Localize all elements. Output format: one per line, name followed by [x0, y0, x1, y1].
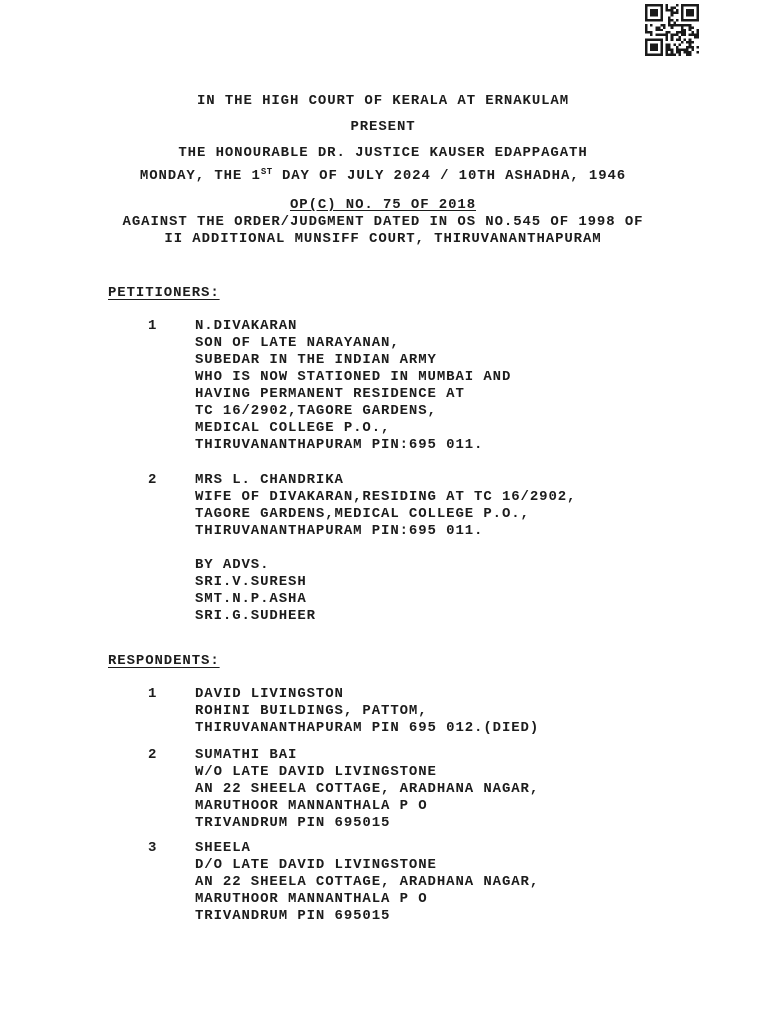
party-line: MARUTHOOR MANNANTHALA P O: [195, 891, 539, 908]
party-line: TRIVANDRUM PIN 695015: [195, 908, 539, 925]
date-ordinal-superscript: ST: [261, 167, 273, 177]
hearing-date-line: MONDAY, THE 1ST DAY OF JULY 2024 / 10TH …: [108, 168, 658, 186]
party-line: TRIVANDRUM PIN 695015: [195, 815, 539, 832]
party-line: N.DIVAKARAN: [195, 318, 511, 335]
advocates-line: SRI.V.SURESH: [195, 574, 658, 591]
against-line-1: AGAINST THE ORDER/JUDGMENT DATED IN OS N…: [108, 214, 658, 231]
document-content: IN THE HIGH COURT OF KERALA AT ERNAKULAM…: [0, 0, 768, 925]
advocates-block: BY ADVS. SRI.V.SURESH SMT.N.P.ASHA SRI.G…: [108, 557, 658, 625]
party-line: SHEELA: [195, 840, 539, 857]
party-number: 3: [148, 840, 195, 925]
party-line: AN 22 SHEELA COTTAGE, ARADHANA NAGAR,: [195, 874, 539, 891]
party-line: SUMATHI BAI: [195, 747, 539, 764]
party-line: DAVID LIVINGSTON: [195, 686, 539, 703]
party-number: 1: [148, 318, 195, 454]
respondent-3: 3 SHEELA D/O LATE DAVID LIVINGSTONE AN 2…: [108, 840, 658, 925]
party-line: SON OF LATE NARAYANAN,: [195, 335, 511, 352]
date-suffix: DAY OF JULY 2024 / 10TH ASHADHA, 1946: [273, 168, 626, 184]
present-label: PRESENT: [108, 119, 658, 136]
party-line: MARUTHOOR MANNANTHALA P O: [195, 798, 539, 815]
party-details: N.DIVAKARAN SON OF LATE NARAYANAN, SUBED…: [195, 318, 511, 454]
party-line: TAGORE GARDENS,MEDICAL COLLEGE P.O.,: [195, 506, 576, 523]
party-line: W/O LATE DAVID LIVINGSTONE: [195, 764, 539, 781]
petitioner-2: 2 MRS L. CHANDRIKA WIFE OF DIVAKARAN,RES…: [108, 472, 658, 540]
party-details: MRS L. CHANDRIKA WIFE OF DIVAKARAN,RESID…: [195, 472, 576, 540]
party-line: THIRUVANANTHAPURAM PIN 695 012.(DIED): [195, 720, 539, 737]
party-line: WHO IS NOW STATIONED IN MUMBAI AND: [195, 369, 511, 386]
case-number: OP(C) NO. 75 OF 2018: [108, 197, 658, 214]
advocates-line: SMT.N.P.ASHA: [195, 591, 658, 608]
party-line: MRS L. CHANDRIKA: [195, 472, 576, 489]
party-details: DAVID LIVINGSTON ROHINI BUILDINGS, PATTO…: [195, 686, 539, 737]
respondent-1: 1 DAVID LIVINGSTON ROHINI BUILDINGS, PAT…: [108, 686, 658, 737]
against-line-2: II ADDITIONAL MUNSIFF COURT, THIRUVANANT…: [108, 231, 658, 248]
petitioners-heading: PETITIONERS:: [108, 285, 658, 302]
party-line: MEDICAL COLLEGE P.O.,: [195, 420, 511, 437]
court-title: IN THE HIGH COURT OF KERALA AT ERNAKULAM: [108, 93, 658, 110]
respondents-heading: RESPONDENTS:: [108, 653, 658, 670]
date-prefix: MONDAY, THE 1: [140, 168, 261, 184]
party-line: THIRUVANANTHAPURAM PIN:695 011.: [195, 523, 576, 540]
party-line: HAVING PERMANENT RESIDENCE AT: [195, 386, 511, 403]
judge-name: THE HONOURABLE DR. JUSTICE KAUSER EDAPPA…: [108, 145, 658, 162]
party-line: THIRUVANANTHAPURAM PIN:695 011.: [195, 437, 511, 454]
qr-code-icon: [645, 4, 699, 56]
petitioner-1: 1 N.DIVAKARAN SON OF LATE NARAYANAN, SUB…: [108, 318, 658, 454]
advocates-line: BY ADVS.: [195, 557, 658, 574]
party-number: 2: [148, 472, 195, 540]
document-page: IN THE HIGH COURT OF KERALA AT ERNAKULAM…: [0, 0, 768, 1024]
party-details: SHEELA D/O LATE DAVID LIVINGSTONE AN 22 …: [195, 840, 539, 925]
party-number: 2: [148, 747, 195, 832]
party-line: SUBEDAR IN THE INDIAN ARMY: [195, 352, 511, 369]
party-line: AN 22 SHEELA COTTAGE, ARADHANA NAGAR,: [195, 781, 539, 798]
party-line: D/O LATE DAVID LIVINGSTONE: [195, 857, 539, 874]
party-line: WIFE OF DIVAKARAN,RESIDING AT TC 16/2902…: [195, 489, 576, 506]
party-number: 1: [148, 686, 195, 737]
party-details: SUMATHI BAI W/O LATE DAVID LIVINGSTONE A…: [195, 747, 539, 832]
party-line: ROHINI BUILDINGS, PATTOM,: [195, 703, 539, 720]
advocates-line: SRI.G.SUDHEER: [195, 608, 658, 625]
respondent-2: 2 SUMATHI BAI W/O LATE DAVID LIVINGSTONE…: [108, 747, 658, 832]
party-line: TC 16/2902,TAGORE GARDENS,: [195, 403, 511, 420]
